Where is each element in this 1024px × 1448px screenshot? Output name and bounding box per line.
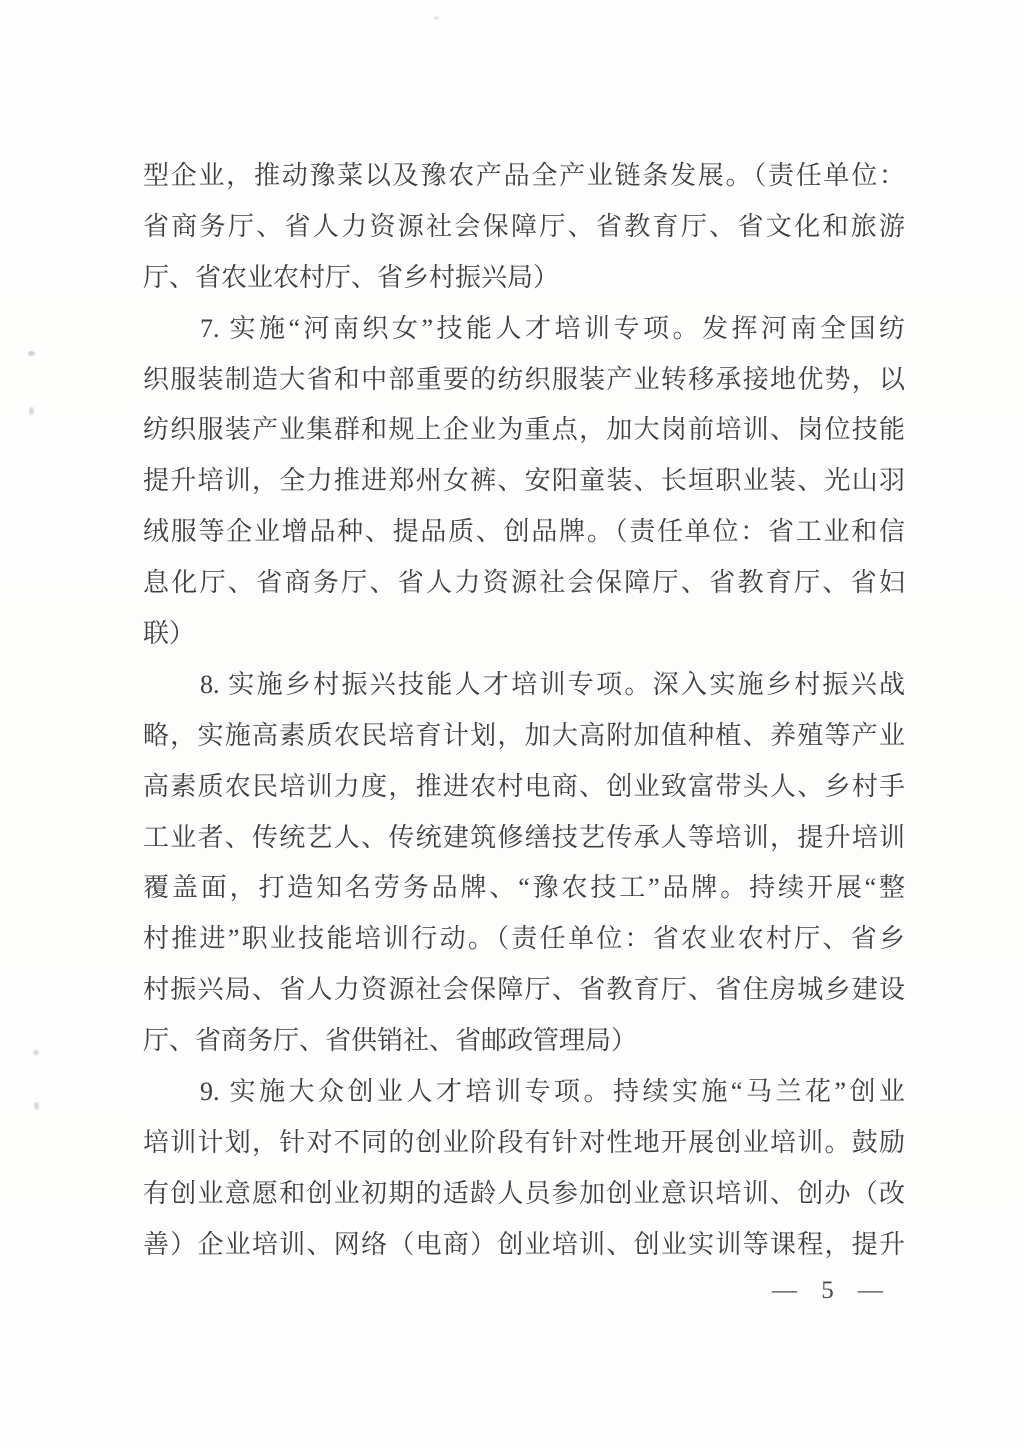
text-line: 省商务厅、省人力资源社会保障厅、省教育厅、省文化和旅游: [143, 202, 905, 253]
text-line: 息化厅、省商务厅、省人力资源社会保障厅、省教育厅、省妇: [143, 558, 905, 609]
text-line: 绒服等企业增品种、提品质、创品牌。（责任单位：省工业和信: [143, 507, 905, 558]
text-line: 略，实施高素质农民培育计划，加大高附加值种植、养殖等产业: [143, 711, 905, 762]
text-line: 善）企业培训、网络（电商）创业培训、创业实训等课程，提升: [143, 1220, 905, 1271]
text-line: 9. 实施大众创业人才培训专项。持续实施“马兰花”创业: [143, 1067, 905, 1118]
text-line: 工业者、传统艺人、传统建筑修缮技艺传承人等培训，提升培训: [143, 813, 905, 864]
paragraph-8: 8. 实施乡村振兴技能人才培训专项。深入实施乡村振兴战略，实施高素质农民培育计划…: [143, 660, 905, 1067]
text-line: 厅、省农业农村厅、省乡村振兴局）: [143, 253, 905, 304]
document-body: 型企业，推动豫菜以及豫农产品全产业链条发展。（责任单位：省商务厅、省人力资源社会…: [143, 151, 905, 1271]
scanned-page: 型企业，推动豫菜以及豫农产品全产业链条发展。（责任单位：省商务厅、省人力资源社会…: [0, 0, 1024, 1448]
text-line: 型企业，推动豫菜以及豫农产品全产业链条发展。（责任单位：: [143, 151, 905, 202]
paragraph-7: 7. 实施“河南织女”技能人才培训专项。发挥河南全国纺织服装制造大省和中部重要的…: [143, 304, 905, 660]
text-line: 有创业意愿和创业初期的适龄人员参加创业意识培训、创办（改: [143, 1169, 905, 1220]
text-line: 村振兴局、省人力资源社会保障厅、省教育厅、省住房城乡建设: [143, 965, 905, 1016]
scan-speck: [434, 16, 439, 20]
text-line: 提升培训，全力推进郑州女裤、安阳童装、长垣职业装、光山羽: [143, 456, 905, 507]
paragraph-6-continuation: 型企业，推动豫菜以及豫农产品全产业链条发展。（责任单位：省商务厅、省人力资源社会…: [143, 151, 905, 304]
scan-speck: [28, 351, 35, 356]
text-line: 覆盖面，打造知名劳务品牌、“豫农技工”品牌。持续开展“整: [143, 863, 905, 914]
scan-speck: [29, 407, 34, 415]
scan-speck: [33, 1050, 39, 1055]
scan-speck: [34, 1102, 39, 1110]
text-line: 7. 实施“河南织女”技能人才培训专项。发挥河南全国纺: [143, 304, 905, 355]
text-line: 织服装制造大省和中部重要的纺织服装产业转移承接地优势，以: [143, 355, 905, 406]
text-line: 联）: [143, 609, 905, 660]
text-line: 培训计划，针对不同的创业阶段有针对性地开展创业培训。鼓励: [143, 1118, 905, 1169]
paragraph-9: 9. 实施大众创业人才培训专项。持续实施“马兰花”创业培训计划，针对不同的创业阶…: [143, 1067, 905, 1271]
text-line: 高素质农民培训力度，推进农村电商、创业致富带头人、乡村手: [143, 762, 905, 813]
text-line: 8. 实施乡村振兴技能人才培训专项。深入实施乡村振兴战: [143, 660, 905, 711]
page-number: — 5 —: [772, 1270, 892, 1312]
text-line: 纺织服装产业集群和规上企业为重点，加大岗前培训、岗位技能: [143, 405, 905, 456]
text-line: 村推进”职业技能培训行动。（责任单位：省农业农村厅、省乡: [143, 914, 905, 965]
text-line: 厅、省商务厅、省供销社、省邮政管理局）: [143, 1016, 905, 1067]
